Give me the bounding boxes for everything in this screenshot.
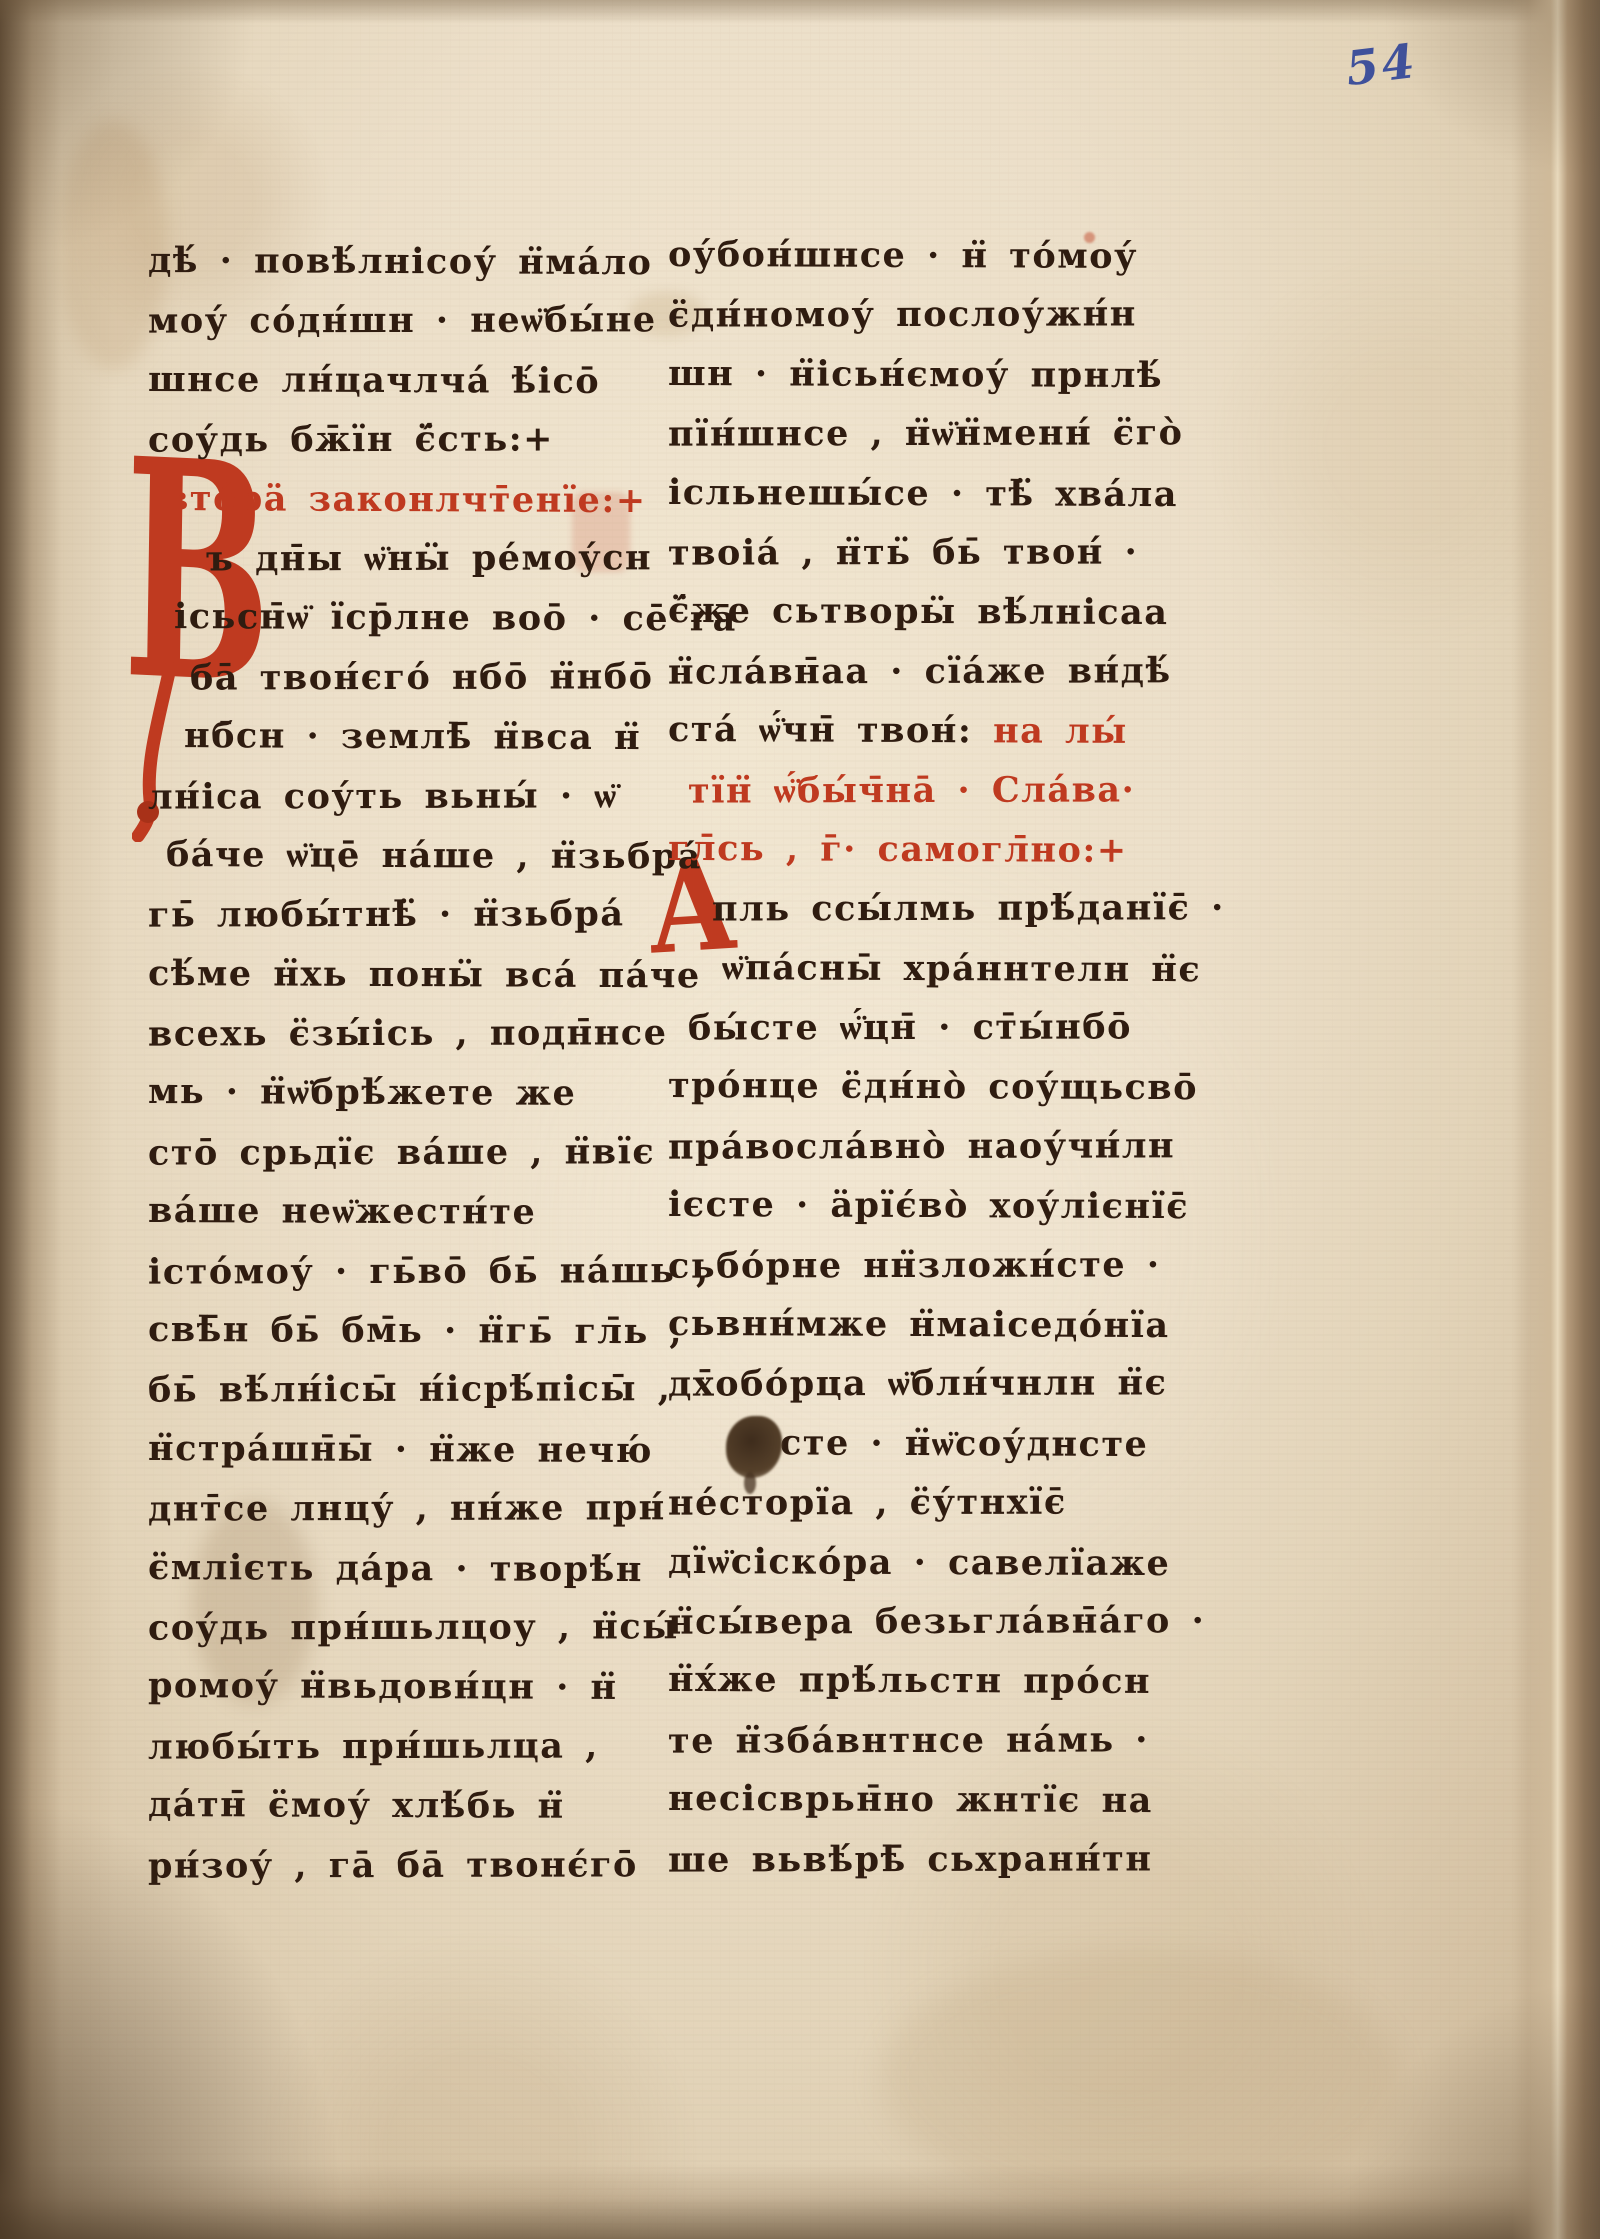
manuscript-line: н̈х́же прѣ́льстн про́сн [668, 1650, 1154, 1712]
manuscript-line: гь̄ любы́тнѣ̈ · н̈зьбра́ [148, 885, 616, 946]
manuscript-line: шнсе лн́цачлча́ ѣ́ісо̄ [148, 350, 616, 411]
manuscript-line: бы́сте ѡ̈́цн̄ · ст̄ы́нбо̄ [668, 997, 1154, 1058]
body-text: гь̄ любы́тнѣ̈ · н̈зьбра́ [148, 894, 625, 936]
manuscript-line: бь̄ вѣ́лн́ісы̄ н́ісрѣ́пісы̄ , [148, 1360, 616, 1421]
rubric-text: вто́рӓ законлчт̄енїе:+ [164, 478, 647, 521]
body-text: твоіа́ , н̈ть̈ бь̄ твон́ · [668, 531, 1138, 573]
rubric-text: гл̄сь , г̄· самогл̄но:+ [668, 828, 1128, 871]
body-text: сьвнн́мже н̈маіседо́нїа [668, 1303, 1170, 1346]
body-text: н̈сы́вера безьгла́вн̄а́го · [668, 1600, 1205, 1642]
manuscript-line: те н̈зба́внтнсе на́мь · [668, 1710, 1154, 1771]
manuscript-line: ше вьвѣ́рѣ̄ сьхранн́тн [668, 1829, 1154, 1890]
body-text: свѣ̄н бь̄ бм̄ь · н̈гь̄ гл̄ь , [148, 1309, 683, 1352]
manuscript-line: соу́дь бж̄їн є̈́сть:+ [148, 410, 616, 471]
manuscript-line: н̈сла́вн̄аа · сїа́же вн́дѣ́ [668, 641, 1154, 702]
body-text: ба̄ твон́єго́ нбо̄ н̈нбо̄ [190, 656, 653, 698]
corner-shadow [1380, 0, 1600, 180]
manuscript-line: є̈дн́номоу́ послоу́жн́н [668, 285, 1154, 346]
body-text: сьбо́рне нн̈зложн́сте · [668, 1244, 1161, 1286]
body-text: оу́бон́шнсе · н̈ то́моу́ [668, 234, 1138, 277]
manuscript-line: несісврьн̄но жнтїє на [668, 1769, 1154, 1831]
manuscript-line: сто̄ срьдїє ва́ше , н̈вїє [148, 1122, 616, 1183]
body-text: ромоу́ н̈вьдовн́цн · н̈ [148, 1665, 618, 1708]
manuscript-line: пра́восла́вно̀ наоу́чн́лн [668, 1116, 1154, 1177]
manuscript-line: днт̄се лнцу́ , нн́же прн́ [148, 1479, 616, 1540]
body-text: ісьсн̄ѡ̈ їср̄лне воо̄ · се̄ га̄ [174, 596, 737, 639]
manuscript-line: гл̄сь , г̄· самогл̄но:+ [668, 819, 1154, 881]
manuscript-line: лн́іса соу́ть вьны́ · ѡ̈ [148, 766, 616, 827]
body-text: ъ дн̄ы ѡ̈нӹ ре́моу́сн [206, 537, 652, 579]
manuscript-line: пїн́шнсе , н̈ѡ̈н̈менн́ є̈го̀ [668, 404, 1154, 465]
corner-shadow [1340, 1979, 1600, 2239]
manuscript-line: шн · н̈ісьн́ємоу́ прнлѣ́ [668, 344, 1154, 406]
text-column-right: оу́бон́шнсе · н̈ то́моу́є̈дн́номоу́ посл… [668, 226, 1154, 1889]
manuscript-line: є̈́же сьтворӹ вѣ́лнісаа [668, 581, 1154, 643]
manuscript-line: любы́ть прн́шьлца , [148, 1716, 616, 1777]
manuscript-line: є̈млієть да́ра · творѣ́н [148, 1538, 616, 1599]
manuscript-line: свѣ̄н бь̄ бм̄ь · н̈гь̄ гл̄ь , [148, 1300, 616, 1361]
manuscript-line: н̈сы́вера безьгла́вн̄а́го · [668, 1591, 1154, 1652]
rubric-text: тїн̈ ѡ̈́бы́ч̄на̄ · Сла́ва· [688, 769, 1135, 811]
body-text: пїн́шнсе , н̈ѡ̈н̈менн́ є̈го̀ [668, 412, 1184, 454]
body-text: моу́ со́дн́шн · неѡ̈бы́не [148, 300, 657, 342]
body-text: днт̄се лнцу́ , нн́же прн́ [148, 1487, 666, 1529]
manuscript-line: істо́моу́ · гь̄во̄ бь̄ на́шь , [148, 1241, 616, 1302]
manuscript-line: пль ссы́лмь прѣ́данїє̄ · [668, 879, 1154, 940]
manuscript-line: н̈стра́шн̄ы̄ · н̈же нечю́ [148, 1419, 616, 1480]
rubric-text: на лы́ [993, 710, 1128, 752]
text-column-left: дѣ́ · повѣ́лнісоу́ н̈ма́ломоу́ со́дн́шн … [148, 232, 616, 1895]
manuscript-line: ісльнешы́се · тѣ̈ хва́ла [668, 463, 1154, 525]
body-text: лн́іса соу́ть вьны́ · ѡ̈ [148, 775, 618, 817]
body-text: пль ссы́лмь прѣ́данїє̄ · [712, 887, 1225, 929]
body-text: є̈млієть да́ра · творѣ́н [148, 1547, 643, 1590]
manuscript-line: ва́ше неѡ̈жестн́те [148, 1181, 616, 1242]
body-text: не́сторїа , є̈у́тнхїє̄ [668, 1482, 1067, 1524]
manuscript-line: дх̄обо́рца ѡ̈блн́чнлн н̈є [668, 1354, 1154, 1415]
corner-shadow [0, 1809, 340, 2239]
body-text: любы́ть прн́шьлца , [148, 1725, 599, 1767]
body-text: н̈стра́шн̄ы̄ · н̈же нечю́ [148, 1428, 653, 1471]
manuscript-line: сѣ́ме н̈хь понӹ вса́ па́че [148, 944, 616, 1005]
manuscript-line: оу́бон́шнсе · н̈ то́моу́ [668, 225, 1154, 287]
manuscript-line: ісьсн̄ѡ̈ їср̄лне воо̄ · се̄ га̄ [148, 587, 616, 648]
body-text: сѣ́ме н̈хь понӹ вса́ па́че [148, 953, 701, 996]
body-text: сте · н̈ѡ̈соу́днсте [780, 1422, 1149, 1465]
manuscript-line: ієсте · ӓрїє́во̀ хоу́лієнїє̄ [668, 1175, 1154, 1237]
body-text: ва́ше неѡ̈жестн́те [148, 1190, 536, 1233]
body-text: дїѡ̈сіско́ра · савелїаже [668, 1541, 1171, 1584]
body-text: н̈х́же прѣ́льстн про́сн [668, 1659, 1151, 1702]
body-text: ісльнешы́се · тѣ̈ хва́ла [668, 472, 1178, 515]
body-text: всехь є̈зы́ісь , подн̄нсе [148, 1012, 668, 1054]
body-text: пра́восла́вно̀ наоу́чн́лн [668, 1125, 1175, 1167]
manuscript-photo: 54 В А дѣ́ · повѣ́лнісоу́ н̈ма́ломоу́ со… [0, 0, 1600, 2239]
body-text: ба́че ѡ̈це̄ на́ше , н̈зьбра́ [166, 834, 702, 877]
body-text: н̈сла́вн̄аа · сїа́же вн́дѣ́ [668, 650, 1172, 692]
manuscript-line: ба̄ твон́єго́ нбо̄ н̈нбо̄ [148, 647, 616, 708]
body-text: мь · н̈ѡ̈брѣ́жете же [148, 1071, 576, 1114]
corner-shadow [0, 0, 260, 260]
manuscript-line: ѡ̈па́сны̄ хра́ннтелн н̈є [668, 938, 1154, 1000]
manuscript-line: тро́нце є̈дн́но̀ соу́щьсво̄ [668, 1056, 1154, 1118]
manuscript-line: сьвнн́мже н̈маіседо́нїа [668, 1294, 1154, 1356]
manuscript-line: ста́ ѡ̈́чн̄ твон́: на лы́ [668, 700, 1154, 762]
manuscript-line: вто́рӓ законлчт̄енїе:+ [148, 469, 616, 530]
manuscript-line: сьбо́рне нн̈зложн́сте · [668, 1235, 1154, 1296]
body-text: ієсте · ӓрїє́во̀ хоу́лієнїє̄ [668, 1184, 1189, 1227]
manuscript-line: мь · н̈ѡ̈брѣ́жете же [148, 1062, 616, 1123]
body-text: ста́ ѡ̈́чн̄ твон́: [668, 709, 993, 751]
manuscript-line: тїн̈ ѡ̈́бы́ч̄на̄ · Сла́ва· [668, 760, 1154, 821]
body-text: тро́нце є̈дн́но̀ соу́щьсво̄ [668, 1065, 1198, 1108]
ink-blot-tail [744, 1472, 756, 1494]
page-edge-right [1512, 0, 1600, 2239]
body-text: сто̄ срьдїє ва́ше , н̈вїє [148, 1131, 655, 1173]
body-text: бы́сте ѡ̈́цн̄ · ст̄ы́нбо̄ [688, 1006, 1132, 1048]
manuscript-line: не́сторїа , є̈у́тнхїє̄ [668, 1473, 1154, 1534]
body-text: бь̄ вѣ́лн́ісы̄ н́ісрѣ́пісы̄ , [148, 1369, 671, 1411]
manuscript-line: дїѡ̈сіско́ра · савелїаже [668, 1532, 1154, 1594]
body-text: соу́дь прн́шьлцоу , н̈сы́ [148, 1606, 679, 1648]
body-text: шнсе лн́цачлча́ ѣ́ісо̄ [148, 359, 600, 402]
manuscript-line: всехь є̈зы́ісь , подн̄нсе [148, 1003, 616, 1064]
manuscript-line: нб̄сн · землѣ̄ н̈вса н̈ [148, 706, 616, 767]
manuscript-line: ъ дн̄ы ѡ̈нӹ ре́моу́сн [148, 528, 616, 589]
body-text: дх̄обо́рца ѡ̈блн́чнлн н̈є [668, 1363, 1167, 1405]
manuscript-line: твоіа́ , н̈ть̈ бь̄ твон́ · [668, 522, 1154, 583]
body-text: є̈дн́номоу́ послоу́жн́н [668, 294, 1137, 336]
body-text: нб̄сн · землѣ̄ н̈вса н̈ [184, 715, 641, 758]
body-text: соу́дь бж̄їн є̈́сть:+ [148, 419, 554, 461]
body-text: ѡ̈па́сны̄ хра́ннтелн н̈є [722, 947, 1201, 990]
manuscript-line: соу́дь прн́шьлцоу , н̈сы́ [148, 1597, 616, 1658]
manuscript-line: ромоу́ н̈вьдовн́цн · н̈ [148, 1656, 616, 1717]
body-text: є̈́же сьтворӹ вѣ́лнісаа [668, 590, 1169, 633]
body-text: те н̈зба́внтнсе на́мь · [668, 1719, 1149, 1761]
body-text: істо́моу́ · гь̄во̄ бь̄ на́шь , [148, 1250, 710, 1292]
body-text: несісврьн̄но жнтїє на [668, 1778, 1153, 1821]
manuscript-line: моу́ со́дн́шн · неѡ̈бы́не [148, 291, 616, 352]
body-text: шн · н̈ісьн́ємоу́ прнлѣ́ [668, 353, 1163, 396]
body-text: ше вьвѣ́рѣ̄ сьхранн́тн [668, 1838, 1153, 1880]
manuscript-line: ба́че ѡ̈це̄ на́ше , н̈зьбра́ [148, 825, 616, 886]
